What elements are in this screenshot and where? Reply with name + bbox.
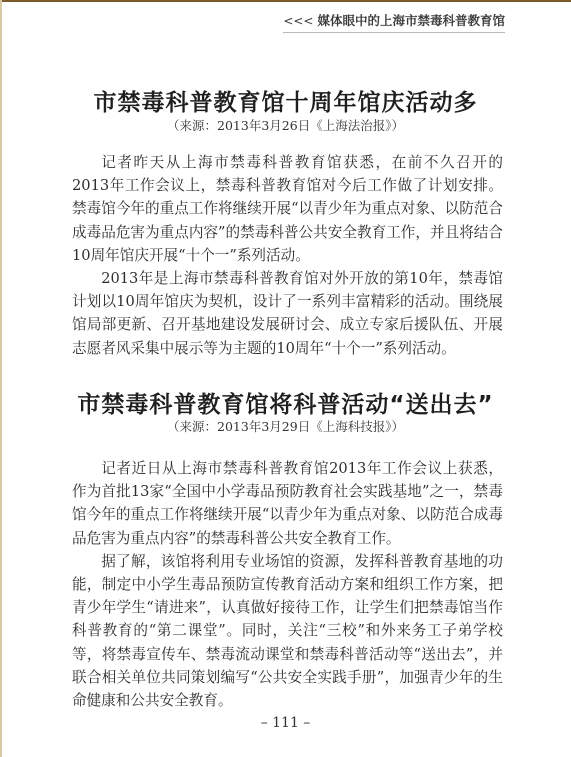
article-2-title: 市禁毒科普教育馆将科普活动“送出去” [0,386,571,419]
page-number: – 111 – [0,715,571,731]
article-2-paragraph-2: 据了解，该馆将利用专业场馆的资源，发挥科普教育基地的功能，制定中小学生毒品预防宣… [72,550,503,712]
page-top-border [0,0,571,2]
article-1-source: （来源：2013年3月26日《上海法治报》） [0,116,571,134]
article-1-paragraph-2: 2013年是上海市禁毒科普教育馆对外开放的第10年，禁毒馆计划以10周年馆庆为契… [72,267,503,360]
article-1-paragraph-1: 记者昨天从上海市禁毒科普教育馆获悉，在前不久召开的2013年工作会议上，禁毒科普… [72,151,503,267]
running-header: <<<媒体眼中的上海市禁毒科普教育馆 [283,10,505,33]
article-2-paragraph-1: 记者近日从上海市禁毒科普教育馆2013年工作会议上获悉，作为首批13家“全国中小… [72,457,503,550]
article-2-body: 记者近日从上海市禁毒科普教育馆2013年工作会议上获悉，作为首批13家“全国中小… [72,457,503,712]
article-2-source: （来源：2013年3月29日《上海科技报》） [0,417,571,435]
running-header-arrows: <<< [283,14,313,28]
article-1-title: 市禁毒科普教育馆十周年馆庆活动多 [0,84,571,117]
running-header-title: 媒体眼中的上海市禁毒科普教育馆 [317,13,505,28]
article-1-body: 记者昨天从上海市禁毒科普教育馆获悉，在前不久召开的2013年工作会议上，禁毒科普… [72,151,503,360]
